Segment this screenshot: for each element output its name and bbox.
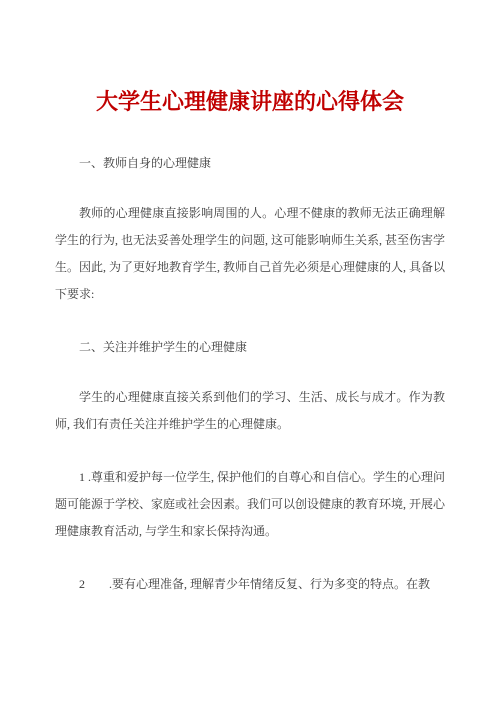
paragraph-item-2: 2 .要有心理准备, 理解青少年情绪反复、行为多变的特点。在教 [55, 571, 445, 598]
section-heading-teacher-mental-health: 一、教师自身的心理健康 [55, 150, 445, 177]
document-page: 大学生心理健康讲座的心得体会 一、教师自身的心理健康 教师的心理健康直接影响周围… [0, 0, 500, 707]
paragraph-student-mental-health: 学生的心理健康直接关系到他们的学习、生活、成长与成才。作为教师, 我们有责任关注… [55, 384, 445, 438]
paragraph-item-1: 1 .尊重和爱护每一位学生, 保护他们的自尊心和自信心。学生的心理问题可能源于学… [55, 464, 445, 545]
section-heading-student-mental-health: 二、关注并维护学生的心理健康 [55, 334, 445, 361]
document-title: 大学生心理健康讲座的心得体会 [55, 86, 445, 118]
paragraph-teacher-mental-health: 教师的心理健康直接影响周围的人。心理不健康的教师无法正确理解学生的行为, 也无法… [55, 200, 445, 308]
